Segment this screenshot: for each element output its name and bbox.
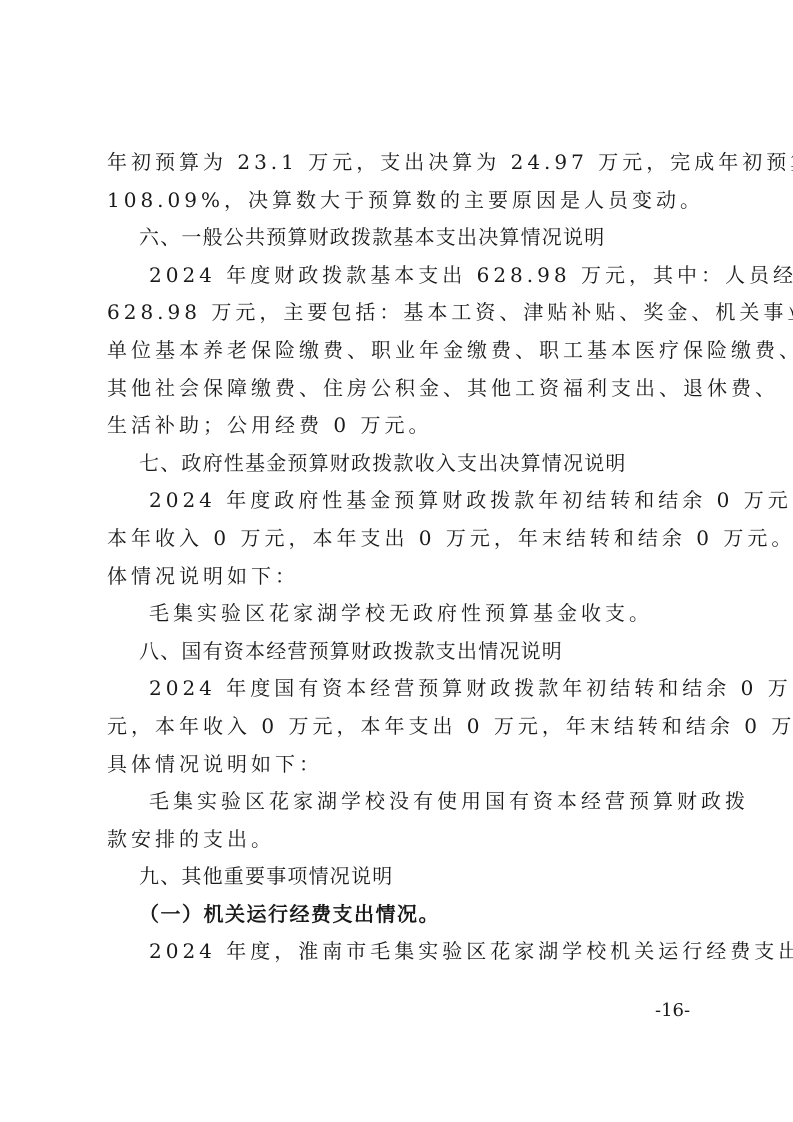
paragraph-line: 元，本年收入 0 万元，本年支出 0 万元，年末结转和结余 0 万元。 (107, 708, 689, 746)
paragraph-line: 生活补助；公用经费 0 万元。 (107, 407, 689, 445)
section-heading-8: 八、国有资本经营预算财政拨款支出情况说明 (107, 633, 689, 671)
paragraph-line: 2024 年度国有资本经营预算财政拨款年初结转和结余 0 万 (107, 670, 689, 708)
paragraph-line: 本年收入 0 万元，本年支出 0 万元，年末结转和结余 0 万元。具 (107, 520, 689, 558)
section-heading-6: 六、一般公共预算财政拨款基本支出决算情况说明 (107, 219, 689, 257)
paragraph-line: 108.09%，决算数大于预算数的主要原因是人员变动。 (107, 182, 689, 220)
paragraph-line: 具体情况说明如下： (107, 746, 689, 784)
paragraph-line: 毛集实验区花家湖学校无政府性预算基金收支。 (107, 595, 689, 633)
document-page: 年初预算为 23.1 万元，支出决算为 24.97 万元，完成年初预算的 108… (107, 144, 689, 971)
page-number: -16- (655, 1000, 690, 1021)
paragraph-line: 628.98 万元，主要包括：基本工资、津贴补贴、奖金、机关事业 (107, 294, 689, 332)
paragraph-line: 年初预算为 23.1 万元，支出决算为 24.97 万元，完成年初预算的 (107, 144, 689, 182)
paragraph-line: 其他社会保障缴费、住房公积金、其他工资福利支出、退休费、 (107, 370, 689, 408)
paragraph-line: 款安排的支出。 (107, 821, 689, 859)
paragraph-line: 2024 年度财政拨款基本支出 628.98 万元，其中：人员经费 (107, 257, 689, 295)
subsection-heading-1: （一）机关运行经费支出情况。 (107, 896, 689, 934)
paragraph-line: 2024 年度，淮南市毛集实验区花家湖学校机关运行经费支出 (107, 933, 689, 971)
paragraph-line: 毛集实验区花家湖学校没有使用国有资本经营预算财政拨 (107, 783, 689, 821)
paragraph-line: 单位基本养老保险缴费、职业年金缴费、职工基本医疗保险缴费、 (107, 332, 689, 370)
section-heading-9: 九、其他重要事项情况说明 (107, 858, 689, 896)
paragraph-line: 2024 年度政府性基金预算财政拨款年初结转和结余 0 万元， (107, 482, 689, 520)
section-heading-7: 七、政府性基金预算财政拨款收入支出决算情况说明 (107, 445, 689, 483)
paragraph-line: 体情况说明如下： (107, 558, 689, 596)
